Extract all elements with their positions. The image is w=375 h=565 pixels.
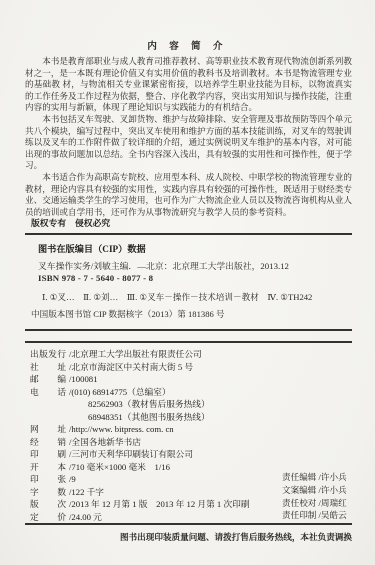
pub-label: 电话	[30, 386, 66, 399]
pub-value: /100081	[69, 374, 97, 384]
pub-row-postcode: 邮编/100081	[30, 373, 280, 386]
cip-title-line: 叉车操作实务/刘敏主编．—北京：北京理工大学出版社，2013.12	[38, 259, 289, 272]
intro-paragraphs: 本书是教育部职业与成人教育司推荐教材、高等职业技术教育现代物流创新系列教材之一，…	[25, 56, 352, 218]
publication-info: 出版发行/北京理工大学出版社有限责任公司 社址/北京市海淀区中关村南大街 5 号…	[30, 348, 280, 523]
pub-value: /710 毫米×1000 毫米 1/16	[69, 462, 170, 472]
intro-title: 内 容 简 介	[0, 38, 375, 52]
intro-paragraph-3: 本书适合作为高职高专院校、应用型本科、成人院校、中职学校的物流管理专业的教材，理…	[25, 172, 352, 218]
pub-row-website: 网址/http://www. bitpress. com. cn	[30, 423, 280, 436]
pub-label: 版次	[30, 498, 66, 511]
cip-heading: 图书在版编目（CIP）数据	[38, 241, 146, 255]
staff-copy-editor: 文案编辑 /许小兵	[282, 484, 372, 497]
pub-value: /三河市天利华印刷装订有限公司	[69, 449, 193, 459]
pub-label: 经销	[30, 436, 66, 449]
pub-value: 82562903（教材售后服务热线）	[88, 399, 210, 409]
pub-row-publisher: 出版发行/北京理工大学出版社有限责任公司	[30, 348, 280, 361]
editorial-staff: 责任编辑 /许小兵 文案编辑 /许小兵 责任校对 /周瑞红 责任印制 /吴皓云	[282, 471, 372, 522]
pub-row-price: 定价/24.00 元	[30, 511, 280, 524]
pub-label: 印张	[30, 473, 66, 486]
pub-row-sheets: 印张/9	[30, 473, 280, 486]
pub-value: /北京市海淀区中关村南大街 5 号	[69, 362, 193, 372]
cip-isbn: ISBN 978 - 7 - 5640 - 8077 - 8	[38, 273, 153, 283]
pub-value: /9	[69, 474, 76, 484]
pub-value: /24.00 元	[69, 512, 102, 522]
pub-row-edition: 版次/2013 年 12 月第 1 版 2013 年 12 月第 1 次印刷	[30, 498, 280, 511]
pub-label: 出版发行	[30, 348, 66, 361]
staff-editor: 责任编辑 /许小兵	[282, 471, 372, 484]
intro-paragraph-2: 本书包括叉车驾驶、叉卸货物、维护与故障排除、安全管理及事故预防等四个单元共八个模…	[25, 114, 352, 172]
pub-row-phone-3: 68948351（其他图书服务热线）	[30, 411, 280, 424]
divider-under-copyright	[25, 233, 352, 235]
divider-bottom	[25, 523, 352, 525]
pub-row-address: 社址/北京市海淀区中关村南大街 5 号	[30, 361, 280, 374]
pub-label: 定价	[30, 511, 66, 524]
divider-above-publication	[25, 329, 352, 331]
staff-print-supervisor: 责任印制 /吴皓云	[282, 509, 372, 522]
pub-value: /北京理工大学出版社有限责任公司	[69, 349, 202, 359]
quality-note: 图书出现印装质量问题、请拨打售后服务热线，本社负责调换	[25, 531, 352, 543]
pub-row-printer: 印刷/三河市天利华印刷装订有限公司	[30, 448, 280, 461]
pub-row-phone: 电话/(010) 68914775（总编室）	[30, 386, 280, 399]
pub-value: 68948351（其他图书服务热线）	[88, 412, 210, 422]
pub-label: 字数	[30, 486, 66, 499]
cip-classification: Ⅰ. ①叉… Ⅱ. ①刘… Ⅲ. ①叉车－操作－技术培训－教材 Ⅳ. ①TH24…	[42, 291, 312, 303]
book-copyright-page: { "intro": { "title": "内 容 简 介", "paragr…	[0, 0, 375, 565]
pub-row-format: 开本/710 毫米×1000 毫米 1/16	[30, 461, 280, 474]
pub-row-phone-2: 82562903（教材售后服务热线）	[30, 398, 280, 411]
pub-label: 社址	[30, 361, 66, 374]
pub-label: 网址	[30, 423, 66, 436]
divider-above-publication-2	[25, 341, 352, 343]
pub-row-wordcount: 字数/122 千字	[30, 486, 280, 499]
copyright-notice: 版权专有 侵权必究	[31, 216, 110, 229]
pub-value: /122 千字	[69, 487, 104, 497]
pub-value: /http://www. bitpress. com. cn	[69, 424, 174, 434]
pub-label: 邮编	[30, 373, 66, 386]
pub-label: 印刷	[30, 448, 66, 461]
pub-value: /全国各地新华书店	[69, 437, 141, 447]
pub-row-distribution: 经销/全国各地新华书店	[30, 436, 280, 449]
intro-paragraph-1: 本书是教育部职业与成人教育司推荐教材、高等职业技术教育现代物流创新系列教材之一，…	[25, 56, 352, 114]
cip-record-number: 中国版本图书馆 CIP 数据核字（2013）第 181386 号	[31, 308, 225, 320]
pub-value: /(010) 68914775（总编室）	[69, 387, 171, 397]
pub-label: 开本	[30, 461, 66, 474]
pub-value: /2013 年 12 月第 1 版 2013 年 12 月第 1 次印刷	[69, 499, 250, 509]
staff-proofreader: 责任校对 /周瑞红	[282, 497, 372, 510]
